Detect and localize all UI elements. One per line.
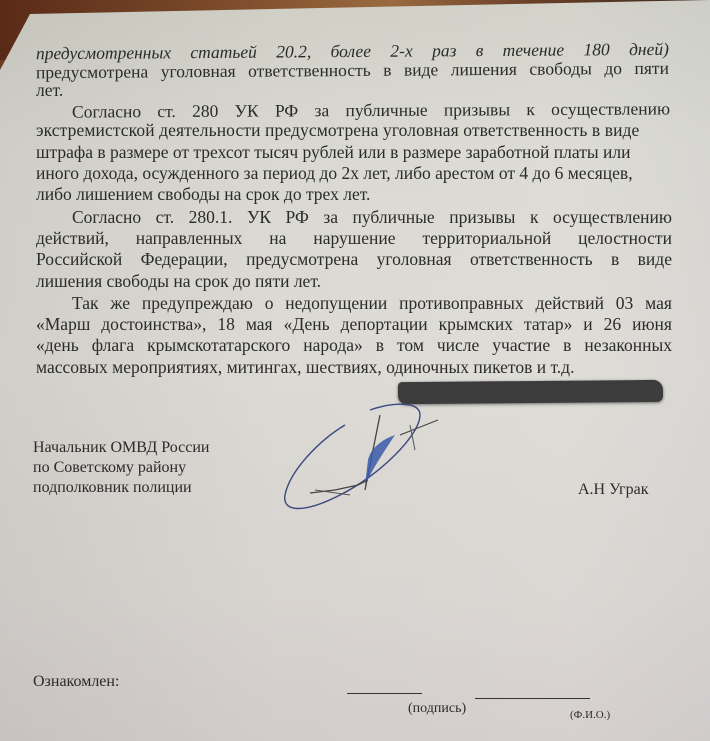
paragraph-280-line4: иного дохода, осужденного за период до 2… (36, 163, 633, 184)
word: июня (632, 314, 672, 335)
word: 18 (217, 314, 235, 335)
word: ст. (156, 207, 174, 228)
word: к (526, 99, 535, 120)
word: «день (36, 335, 79, 356)
paragraph-warning-line1: Такжепредупреждаюонедопущениипротивоправ… (72, 293, 672, 314)
word: публичные (345, 100, 427, 121)
paragraph-280-line1: Согласност.280УКРФзапубличныепризывыкосу… (72, 98, 670, 122)
paragraph-280-line2: экстремистской деятельности предусмотрен… (36, 120, 672, 141)
word: территориальной (423, 228, 552, 249)
word: депортации (341, 314, 428, 335)
paragraph-280-line5: либо лишением свободы на срок до трех ле… (36, 184, 370, 205)
word: нарушение (313, 228, 395, 249)
word: крымскотатарского (147, 335, 290, 356)
word: к (530, 207, 539, 228)
word: на (269, 228, 286, 249)
word: в (376, 335, 384, 356)
word: призывы (444, 99, 510, 120)
word: ст. (157, 101, 176, 122)
signature-caption: (подпись) (408, 698, 466, 719)
signature-line (347, 693, 422, 694)
word: том (397, 335, 424, 356)
word: мая (645, 293, 672, 314)
word: пяти (634, 58, 669, 79)
word: и (583, 314, 592, 335)
word: свободы (529, 58, 592, 79)
word: народа» (303, 335, 363, 356)
paragraph-warning-line4: массовых мероприятиях, митингах, шествия… (36, 357, 574, 378)
paragraph-280-1-line4: лишения свободы на срок до пяти лет. (36, 271, 321, 292)
word: Российской (36, 249, 122, 270)
word: «День (284, 314, 330, 335)
word: осуществлению (553, 207, 672, 228)
word: действий (536, 293, 604, 314)
word: «Марш (36, 314, 90, 335)
word: ответственность (470, 249, 593, 270)
signatory-name: А.Н Уграк (578, 479, 648, 500)
word: в (476, 40, 484, 61)
word: Федерации, (141, 249, 228, 270)
name-caption: (Ф.И.О.) (570, 705, 610, 726)
word: лишения (451, 59, 517, 80)
word: предусмотрена (246, 249, 358, 270)
paragraph-continuation-line2: предусмотренауголовнаяответственностьвви… (36, 58, 669, 83)
word: в (383, 60, 391, 81)
signatory-title-line1: Начальник ОМВД России (33, 437, 209, 458)
word: действий, (36, 228, 109, 249)
word: 2-х (390, 41, 413, 62)
handwritten-signature (270, 395, 470, 520)
word: же (110, 293, 130, 314)
signatory-title-line2: по Советскому району (33, 457, 186, 478)
word: за (314, 100, 329, 121)
word: мая (246, 314, 273, 335)
word: осуществлению (551, 98, 670, 120)
paragraph-warning-line2: «Маршдостоинства»,18мая«Деньдепортациикр… (36, 314, 672, 335)
word: числе (437, 335, 479, 356)
word: УК (247, 207, 271, 228)
word: недопущении (285, 293, 387, 314)
word: виде (638, 249, 672, 270)
word: ответственность (248, 60, 371, 82)
word: целостности (578, 228, 672, 249)
word: флага (92, 335, 134, 356)
word: 180 (583, 39, 609, 60)
word: призывы (449, 207, 515, 228)
word: направленных (136, 228, 243, 249)
word: РФ (275, 100, 298, 121)
word: в (563, 335, 571, 356)
word: участие (492, 335, 550, 356)
word: уголовная (377, 249, 452, 270)
word: РФ (286, 207, 309, 228)
word: за (323, 207, 338, 228)
word: уголовная (161, 61, 236, 83)
word: Так (72, 293, 99, 314)
word: противоправных (399, 293, 524, 314)
word: незаконных (584, 335, 672, 356)
word: татар» (524, 314, 572, 335)
word: публичные (353, 207, 435, 228)
paragraph-280-1-line3: РоссийскойФедерации,предусмотренауголовн… (36, 249, 672, 270)
paragraph-280-1-line2: действий,направленныхнанарушениетерритор… (36, 228, 672, 249)
word: достоинства», (101, 314, 206, 335)
word: 26 (604, 314, 622, 335)
paragraph-continuation-line3: лет. (36, 80, 63, 101)
paragraph-280-1-line1: Согласност.280.1.УКРФзапубличныепризывык… (72, 207, 672, 228)
word: о (265, 293, 274, 314)
paragraph-warning-line3: «деньфлагакрымскотатарскогонарода»втомчи… (36, 335, 672, 356)
word: предупреждаю (142, 293, 253, 314)
word: в (611, 249, 619, 270)
word: крымских (439, 314, 513, 335)
signatory-title-line3: подполковник полиции (33, 477, 192, 498)
word: виде (404, 59, 438, 80)
word: 280 (192, 101, 218, 122)
acknowledgement-label: Ознакомлен: (33, 671, 119, 692)
word: до (604, 58, 622, 79)
name-line (475, 698, 590, 699)
word: Согласно (72, 207, 141, 228)
paragraph-280-line3: штрафа в размере от трехсот тысяч рублей… (36, 142, 630, 163)
word: раз (432, 40, 456, 61)
word: 280.1. (189, 207, 233, 228)
word: 03 (616, 293, 634, 314)
word: УК (235, 101, 259, 122)
